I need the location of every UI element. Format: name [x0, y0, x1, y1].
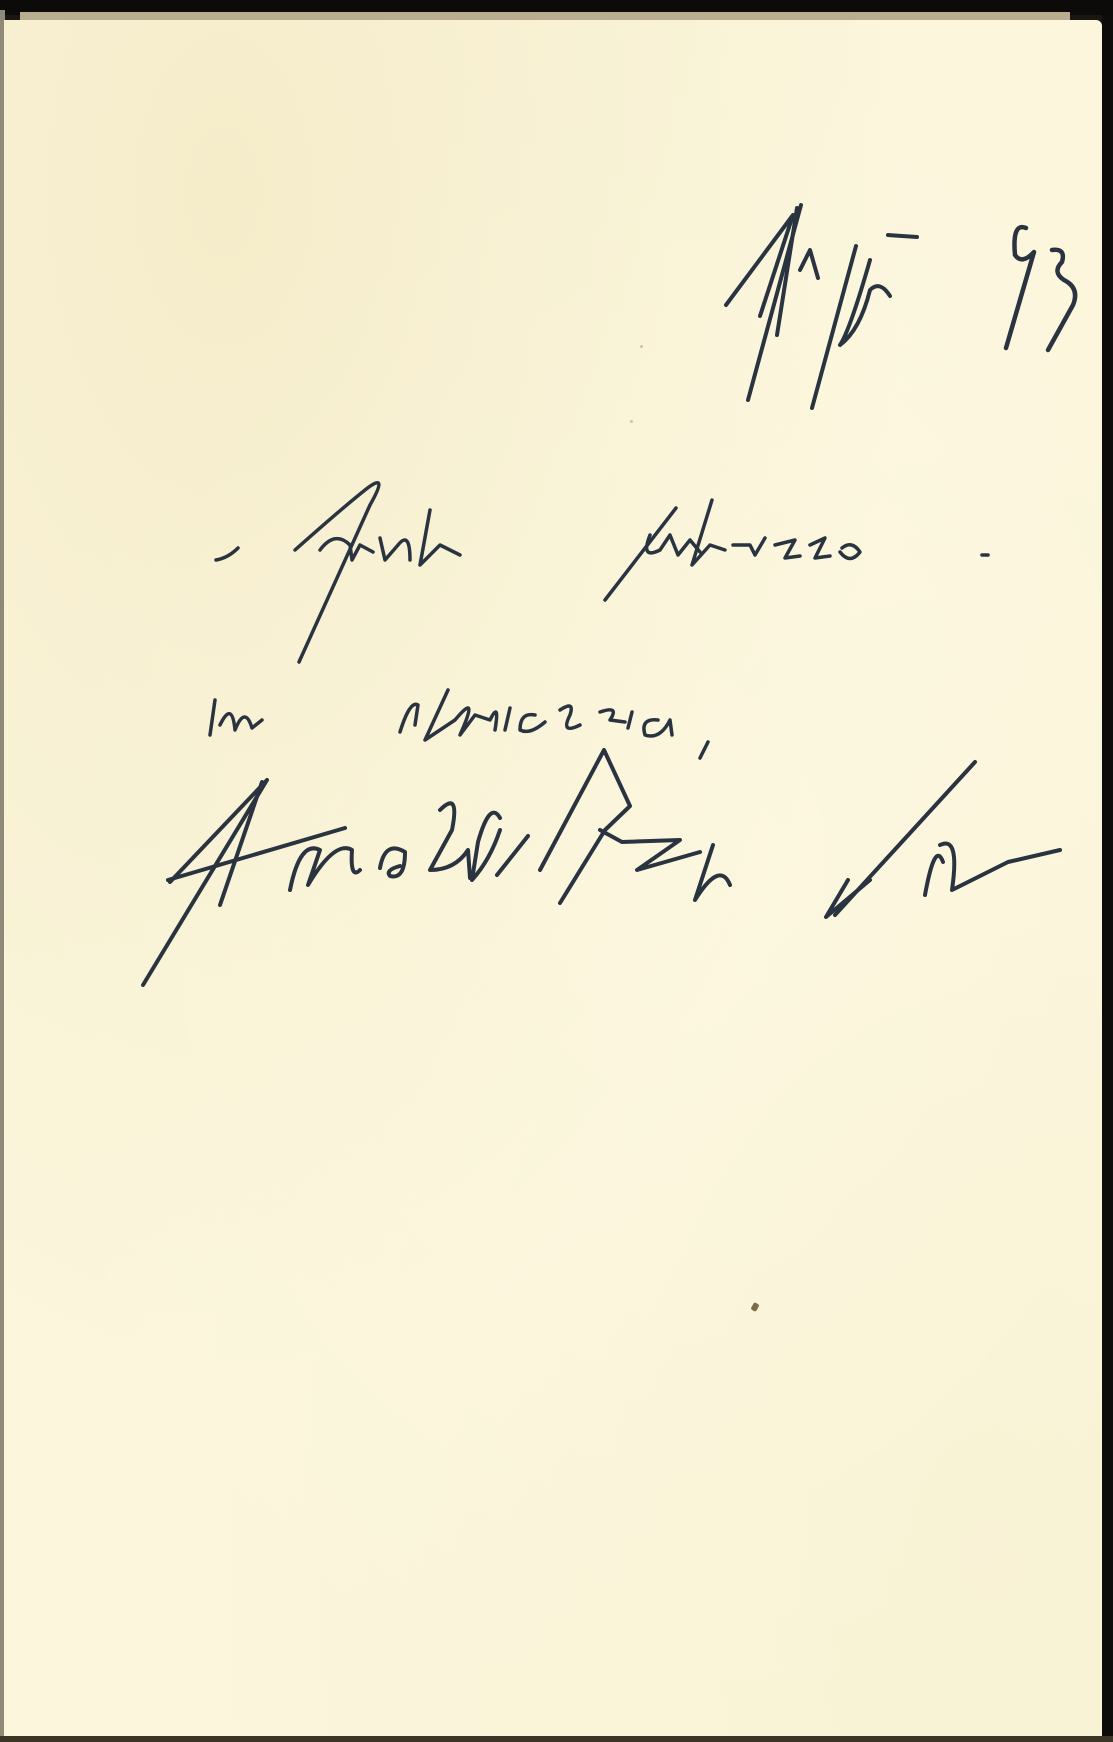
handwriting-maggio — [726, 205, 917, 408]
handwriting-93 — [1006, 227, 1075, 350]
handwriting-signature — [143, 750, 1060, 985]
handwriting-ink — [0, 0, 1113, 1742]
handwriting-dedication-line-2 — [210, 690, 708, 758]
handwriting-dedication-line-1 — [216, 483, 988, 662]
